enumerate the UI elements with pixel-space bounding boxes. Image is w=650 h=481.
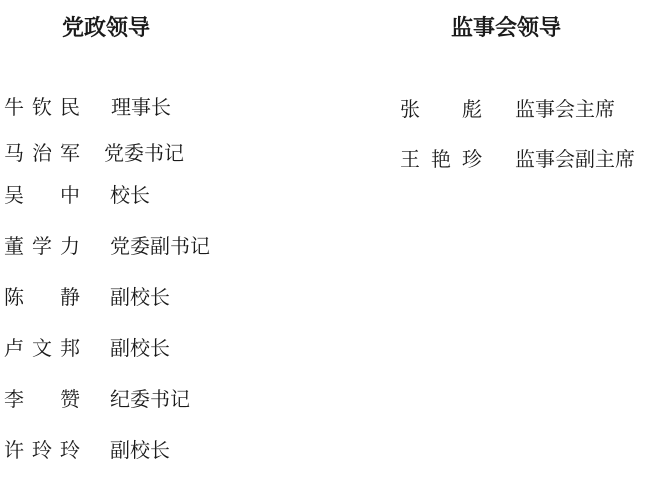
leader-name: 卢 文 邦: [4, 332, 84, 358]
left-heading: 党政领导: [62, 11, 150, 42]
leader-name: 吴 中: [4, 179, 84, 205]
leader-name: 董 学 力: [4, 230, 84, 256]
leader-title: 副校长: [110, 434, 170, 463]
leader-name: 李 赞: [4, 383, 84, 409]
leader-title: 党委副书记: [110, 230, 210, 259]
leader-title: 理事长: [111, 91, 171, 120]
leader-title: 党委书记: [104, 137, 184, 166]
leader-name: 陈 静: [4, 281, 84, 307]
supervisor-name: 张 彪: [400, 93, 480, 119]
right-heading: 监事会领导: [451, 11, 561, 42]
leader-name: 许 玲 玲: [4, 434, 84, 460]
leader-name: 牛 钦 民: [4, 91, 84, 117]
supervisor-name: 王 艳 珍: [400, 143, 480, 169]
leader-title: 纪委书记: [110, 383, 190, 412]
leader-title: 副校长: [110, 332, 170, 361]
supervisor-title: 监事会主席: [515, 93, 615, 122]
leader-title: 副校长: [110, 281, 170, 310]
leader-name: 马 治 军: [4, 137, 84, 163]
supervisor-title: 监事会副主席: [515, 143, 635, 172]
leader-title: 校长: [110, 179, 150, 208]
